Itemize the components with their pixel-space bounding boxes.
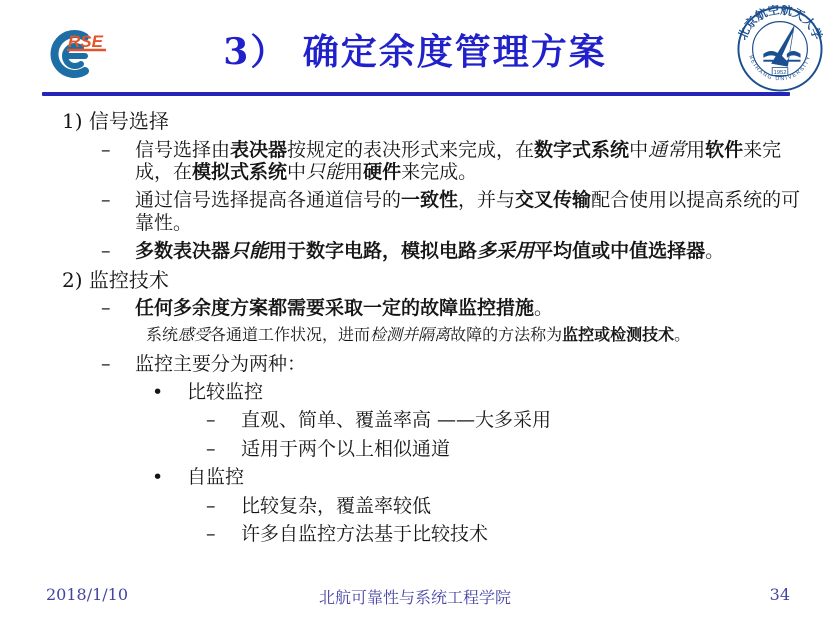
text-segment: 只能 [230,240,268,262]
bullet-line: –直观、简单、覆盖率高 ——大多采用 [0,409,818,431]
text-segment: 中 [287,161,306,183]
text-segment: 交叉传输 [515,189,591,211]
bullet-line: –通过信号选择提高各通道信号的一致性，并与交叉传输配合使用以提高系统的可靠性。 [0,189,818,234]
text-segment: 比较复杂，覆盖率较低 [241,495,431,517]
text-segment: 多采用 [477,240,534,262]
bullet-line: •自监控 [0,466,818,488]
dash-bullet-icon: – [206,409,216,431]
bullet-line: –监控主要分为两种： [0,353,818,375]
dot-bullet-icon: • [152,381,163,403]
text-segment: 感受 [178,325,210,344]
text-segment: 表决器 [230,139,287,161]
text-segment: 通过信号选择提高各通道信号的 [135,189,401,211]
text-segment: 许多自监控方法基于比较技术 [241,523,488,545]
text-segment: 按规定的表决形式来完成，在 [287,139,534,161]
text-segment: 用 [686,139,705,161]
dash-bullet-icon: – [101,139,111,161]
dot-bullet-icon: • [152,466,163,488]
text-segment: 。 [534,297,553,319]
text-segment: 只能 [306,161,344,183]
text-segment: 监控主要分为两种： [135,353,306,375]
text-segment: 任何多余度方案都需要采取一定的故障监控措施 [135,297,534,319]
seal-year-text: 1952 [773,70,786,76]
bullet-line: 系统感受各通道工作状况，进而检测并隔离故障的方法称为监控或检测技术。 [0,326,818,345]
text-segment: 软件 [705,139,743,161]
bullet-line: 1) 信号选择 [0,110,818,134]
text-segment: 各通道工作状况，进而 [210,325,370,344]
text-segment: 。 [705,240,724,262]
text-segment: 平均值或中值选择器 [534,240,705,262]
text-segment: 用于数字电路，模拟电路 [268,240,477,262]
beihang-seal-icon: 北京航空航天大学 BEIHANG UNIVERSITY 1952 [736,5,824,93]
text-segment: 模拟式系统 [192,161,287,183]
text-segment: 通常 [648,139,686,161]
text-segment: 系统 [146,325,178,344]
footer: 2018/1/10 北航可靠性与系统工程学院 34 [0,585,830,607]
bullet-line: 2) 监控技术 [0,269,818,293]
body-lines: 1) 信号选择–信号选择由表决器按规定的表决形式来完成，在数字式系统中通常用软件… [0,110,818,551]
text-segment: 1) 信号选择 [62,109,169,133]
text-segment: 。 [674,325,690,344]
text-segment: 检测并隔离 [370,325,450,344]
bullet-line: –比较复杂，覆盖率较低 [0,495,818,517]
bullet-line: •比较监控 [0,381,818,403]
text-segment: ，并与 [458,189,515,211]
footer-page-number: 34 [770,585,790,604]
text-segment: 监控或检测技术 [562,325,674,344]
page-title: 3） 确定余度管理方案 [0,24,830,75]
text-segment: 2) 监控技术 [62,268,169,292]
bullet-line: –许多自监控方法基于比较技术 [0,523,818,545]
dash-bullet-icon: – [101,353,111,375]
dash-bullet-icon: – [101,297,111,319]
text-segment: 比较监控 [187,381,263,403]
text-segment: 直观、简单、覆盖率高 ——大多采用 [241,409,551,431]
text-segment: 自监控 [187,466,244,488]
dash-bullet-icon: – [101,240,111,262]
text-segment: 数字式系统 [534,139,629,161]
text-segment: 中 [629,139,648,161]
dash-bullet-icon: – [101,189,111,211]
text-segment: 硬件 [363,161,401,183]
bullet-line: –信号选择由表决器按规定的表决形式来完成，在数字式系统中通常用软件来完成，在模拟… [0,139,818,184]
text-segment: 多数表决器 [135,240,230,262]
dash-bullet-icon: – [206,495,216,517]
text-segment: 适用于两个以上相似通道 [241,438,450,460]
text-segment: 信号选择由 [135,139,230,161]
dash-bullet-icon: – [206,523,216,545]
bullet-line: –多数表决器只能用于数字电路，模拟电路多采用平均值或中值选择器。 [0,240,818,262]
bullet-line: –适用于两个以上相似通道 [0,438,818,460]
bullet-line: –任何多余度方案都需要采取一定的故障监控措施。 [0,297,818,319]
text-segment: 用 [344,161,363,183]
footer-institution: 北航可靠性与系统工程学院 [0,585,830,608]
text-segment: 故障的方法称为 [450,325,562,344]
title-underline-rule [42,92,790,96]
dash-bullet-icon: – [206,438,216,460]
text-segment: 一致性 [401,189,458,211]
slide: RSE 3） 确定余度管理方案 北京航空航天大学 BEIHANG UNIVERS… [0,0,830,622]
text-segment: 来完成。 [401,161,477,183]
